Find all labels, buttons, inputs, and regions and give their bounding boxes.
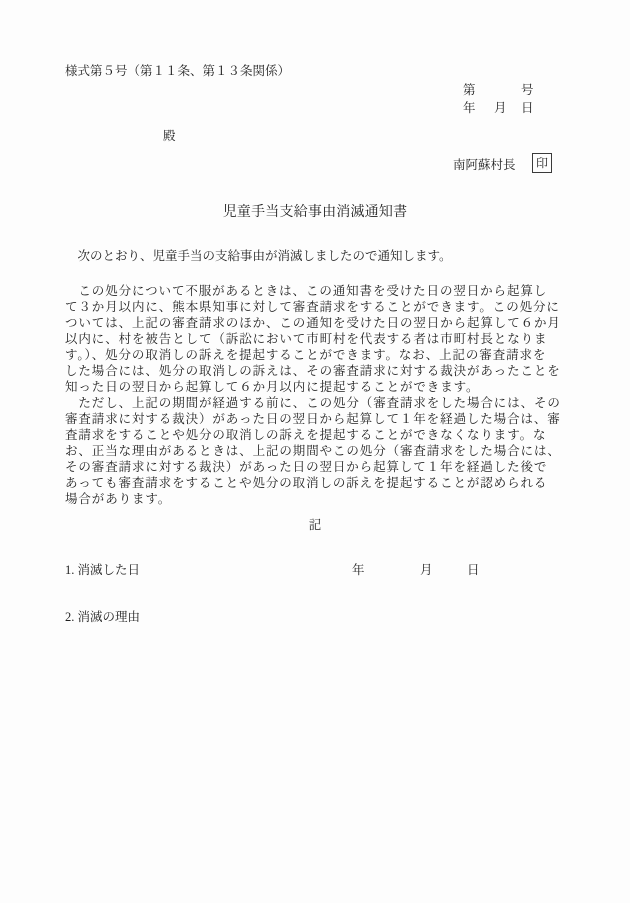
appeal-notice-body: この処分について不服があるときは、この通知書を受けた日の翌日から起算し て３か月…	[65, 283, 571, 507]
issue-date-month-label: 月	[494, 98, 507, 116]
seal-stamp-label: 印	[536, 157, 548, 169]
body-paragraph-1: この処分について不服があるときは、この通知書を受けた日の翌日から起算し て３か月…	[65, 283, 571, 395]
document-title: 児童手当支給事由消滅通知書	[0, 201, 630, 221]
issuer-name: 南阿蘇村長	[453, 155, 516, 173]
intro-sentence: 次のとおり、児童手当の支給事由が消滅しましたので通知します。	[65, 246, 452, 264]
item-1-month-label: 月	[420, 560, 433, 578]
item-2-extinction-reason-label: 2. 消滅の理由	[65, 607, 140, 625]
issue-date-year-label: 年	[463, 98, 476, 116]
document-page: 様式第５号（第１１条、第１３条関係） 第 号 年 月 日 殿 南阿蘇村長 印 児…	[0, 0, 630, 903]
record-heading: 記	[0, 515, 630, 533]
body-paragraph-2: ただし、上記の期間が経過する前に、この処分（審査請求をした場合には、その 審査請…	[65, 395, 571, 507]
item-1-year-label: 年	[352, 560, 365, 578]
item-1-day-label: 日	[467, 560, 480, 578]
item-1-extinction-date-label: 1. 消滅した日	[65, 560, 140, 578]
doc-number-suffix-label: 号	[521, 80, 534, 98]
issue-date-day-label: 日	[521, 98, 534, 116]
seal-stamp-box: 印	[532, 153, 552, 173]
form-number: 様式第５号（第１１条、第１３条関係）	[65, 61, 290, 79]
doc-number-prefix-label: 第	[463, 80, 476, 98]
addressee-honorific: 殿	[163, 126, 176, 144]
